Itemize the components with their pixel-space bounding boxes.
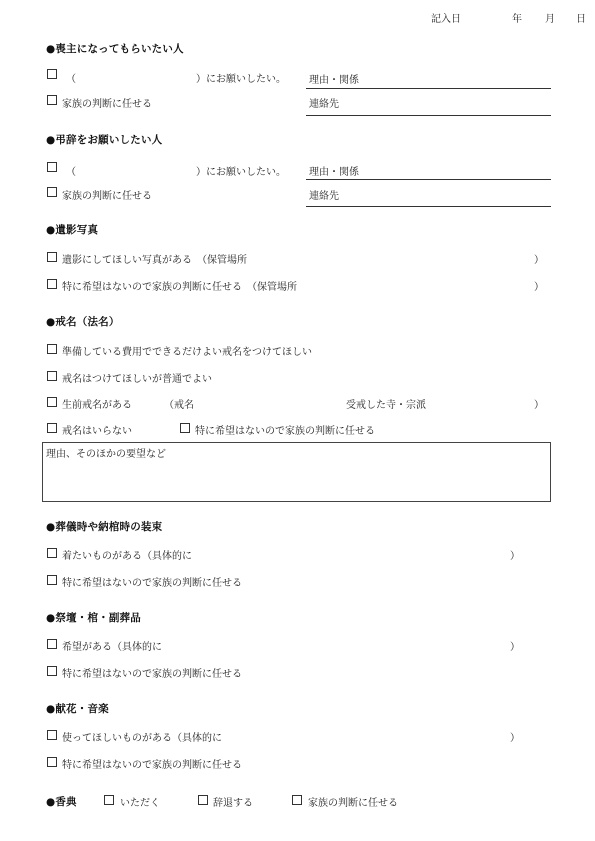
close-paren: ） [534,251,544,266]
checkbox-kaimyo-normal[interactable] [47,371,57,381]
option-label: 戒名はつけてほしいが普通でよい [62,370,212,385]
family-option-label: 家族の判断に任せる [62,95,152,110]
section-heading: ●祭壇・棺・副葬品 [46,610,141,625]
checkbox-flowers-specific[interactable] [47,730,57,740]
kaimyo-name-label: （戒名 [164,396,194,411]
section-heading: ●喪主になってもらいたい人 [46,41,184,56]
option-label: 特に希望はないので家族の判断に任せる （保管場所 [62,278,297,293]
checkbox-kaimyo-none[interactable] [47,423,57,433]
notes-textarea[interactable]: 理由、そのほかの要望など [42,442,551,502]
section-heading: ●献花・音楽 [46,701,109,716]
checkbox-portrait-has-photo[interactable] [47,252,57,262]
reason-underline[interactable] [306,88,551,89]
reason-underline[interactable] [306,179,551,180]
checkbox-altar-family[interactable] [47,666,57,676]
checkbox-koden-family[interactable] [292,795,302,805]
day-label: 日 [576,10,586,25]
checkbox-kaimyo-best[interactable] [47,344,57,354]
checkbox-koden-accept[interactable] [104,795,114,805]
option-label: 準備している費用でできるだけよい戒名をつけてほしい [62,343,312,358]
option-label: 使ってほしいものがある（具体的に [62,729,222,744]
contact-label: 連絡先 [309,95,339,110]
option-label: 辞退する [213,794,253,809]
month-label: 月 [545,10,555,25]
reason-label: 理由・関係 [309,163,359,178]
option-label: 戒名はいらない [62,422,132,437]
date-label: 記入日 [431,10,461,25]
year-label: 年 [512,10,522,25]
option-label: 着たいものがある（具体的に [62,547,192,562]
family-option-label: 家族の判断に任せる [62,187,152,202]
option-label: いただく [120,794,160,809]
notes-label: 理由、そのほかの要望など [46,445,166,460]
section-heading: ●葬儀時や納棺時の装束 [46,519,162,534]
section-heading: ●弔辞をお願いしたい人 [46,132,162,147]
checkbox-koden-decline[interactable] [198,795,208,805]
open-paren: （ [66,70,76,85]
open-paren: （ [66,163,76,178]
contact-underline[interactable] [306,206,551,207]
checkbox-kaimyo-existing[interactable] [47,397,57,407]
option-label: 遺影にしてほしい写真がある （保管場所 [62,251,247,266]
close-paren: ） [510,638,520,653]
option-label: 家族の判断に任せる [308,794,398,809]
temple-label: 受戒した寺・宗派 [346,396,426,411]
checkbox-eulogy-family[interactable] [47,187,57,197]
option-label: 生前戒名がある [62,396,132,411]
section-heading: ●遺影写真 [46,222,98,237]
checkbox-attire-family[interactable] [47,575,57,585]
option-label: 希望がある（具体的に [62,638,162,653]
section-heading: ●香典 [46,794,77,809]
checkbox-chief-mourner-family[interactable] [47,95,57,105]
checkbox-altar-specific[interactable] [47,639,57,649]
section-heading: ●戒名（法名） [46,314,120,329]
checkbox-eulogy-person[interactable] [47,162,57,172]
contact-label: 連絡先 [309,187,339,202]
checkbox-chief-mourner-person[interactable] [47,69,57,79]
close-paren: ） [510,547,520,562]
option-label: 特に希望はないので家族の判断に任せる [62,756,242,771]
checkbox-kaimyo-family[interactable] [180,423,190,433]
option-label: 特に希望はないので家族の判断に任せる [62,665,242,680]
option-label: 特に希望はないので家族の判断に任せる [62,574,242,589]
contact-underline[interactable] [306,115,551,116]
close-paren: ） [510,729,520,744]
checkbox-portrait-family[interactable] [47,279,57,289]
checkbox-flowers-family[interactable] [47,757,57,767]
checkbox-attire-specific[interactable] [47,548,57,558]
close-paren: ） [534,396,544,411]
request-text: ）にお願いしたい。 [196,163,286,178]
close-paren: ） [534,278,544,293]
reason-label: 理由・関係 [309,71,359,86]
request-text: ）にお願いしたい。 [196,70,286,85]
option-label: 特に希望はないので家族の判断に任せる [195,422,375,437]
